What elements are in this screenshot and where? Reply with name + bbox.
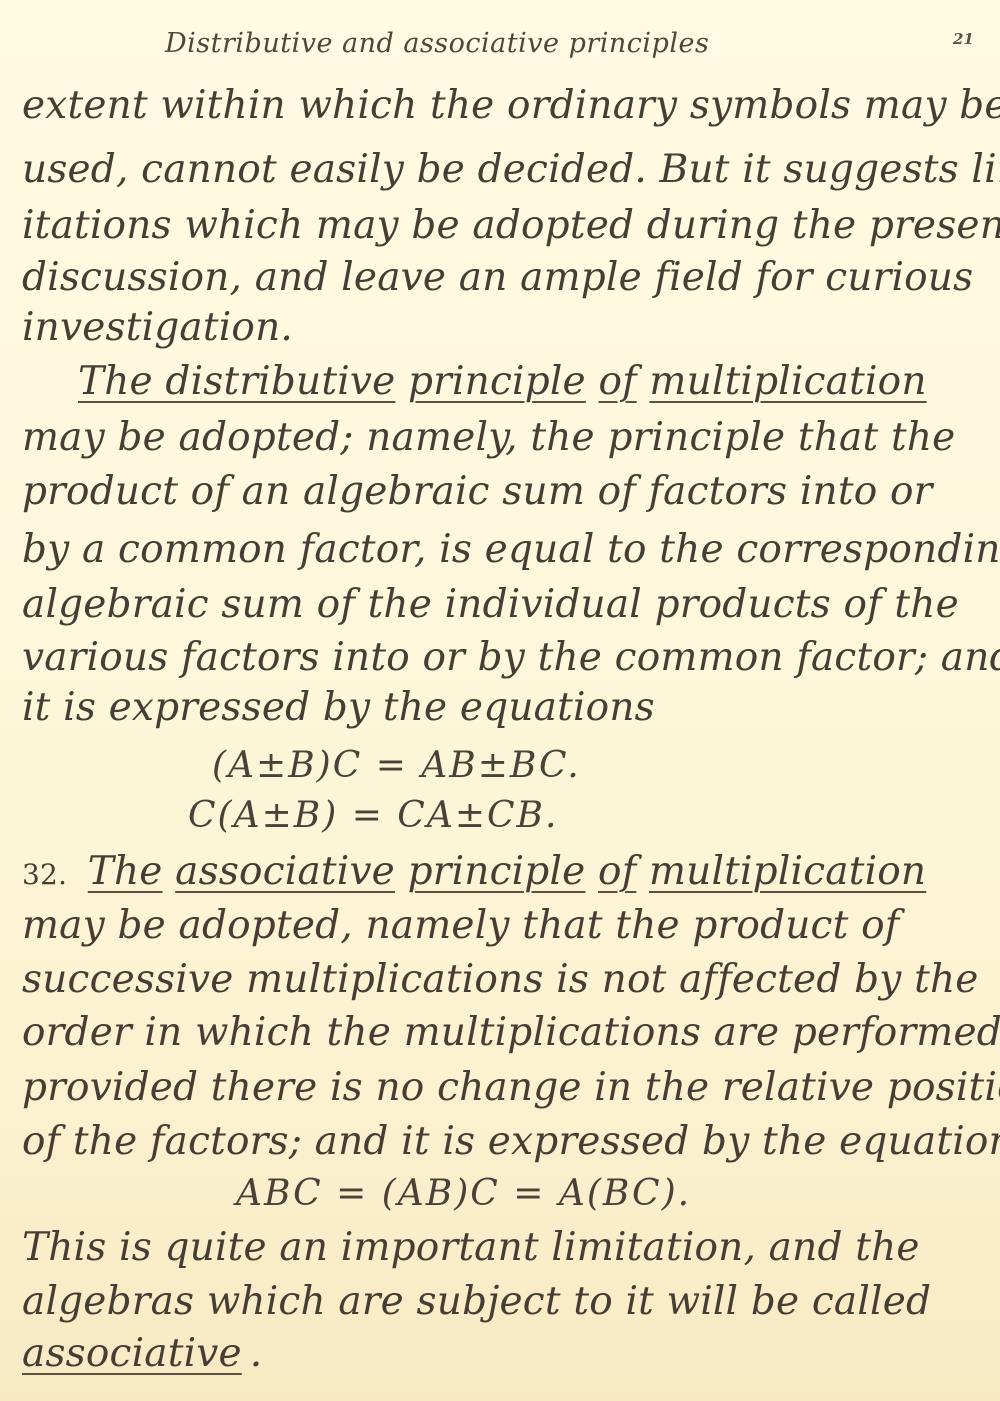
text-line: algebraic sum of the individual products… (22, 585, 959, 624)
equation-associative: ABC = (AB)C = A(BC). (236, 1176, 691, 1212)
text-line: product of an algebraic sum of factors i… (22, 472, 933, 511)
heading-term: of (598, 849, 636, 894)
text-line: order in which the multiplications are p… (22, 1013, 1000, 1052)
section-number: 32. (22, 858, 67, 891)
equation-distributive-left: C(A±B) = CA±CB. (188, 798, 558, 834)
text-line: may be adopted; namely, the principle th… (22, 418, 955, 457)
heading-term: The distributive (78, 359, 395, 404)
text-line: it is expressed by the equations (22, 688, 655, 727)
text-line: itations which may be adopted during the… (22, 206, 1000, 245)
text-line: provided there is no change in the relat… (22, 1068, 1000, 1107)
text-line: various factors into or by the common fa… (22, 638, 1000, 677)
associative-heading: 32. The associative principle of multipl… (22, 852, 926, 891)
text-line: investigation. (22, 308, 293, 347)
manuscript-page: Distributive and associative principles … (0, 0, 1000, 1401)
heading-term: of (598, 359, 636, 404)
text-line: may be adopted, namely that the product … (22, 906, 899, 945)
heading-term: The (88, 849, 163, 894)
text-line: successive multiplications is not affect… (22, 960, 979, 999)
page-number: 21 (953, 30, 974, 48)
text-line: algebras which are subject to it will be… (22, 1282, 931, 1321)
term-associative: associative (22, 1331, 242, 1376)
text-line: extent within which the ordinary symbols… (22, 86, 1000, 125)
text-line: discussion, and leave an ample field for… (22, 258, 973, 297)
running-header: Distributive and associative principles (165, 28, 709, 59)
heading-term: principle (408, 849, 586, 894)
final-punctuation: . (250, 1331, 263, 1376)
text-line: This is quite an important limitation, a… (22, 1228, 920, 1267)
heading-term: principle (408, 359, 586, 404)
heading-term: multiplication (649, 359, 926, 404)
heading-term: associative (175, 849, 395, 894)
distributive-heading: The distributive principle of multiplica… (78, 362, 927, 401)
text-line-final: associative. (22, 1334, 262, 1373)
heading-term: multiplication (649, 849, 926, 894)
text-line: used, cannot easily be decided. But it s… (22, 150, 1000, 189)
text-line: by a common factor, is equal to the corr… (22, 530, 1000, 569)
text-line: of the factors; and it is expressed by t… (22, 1122, 1000, 1161)
equation-distributive-right: (A±B)C = AB±BC. (212, 748, 581, 784)
